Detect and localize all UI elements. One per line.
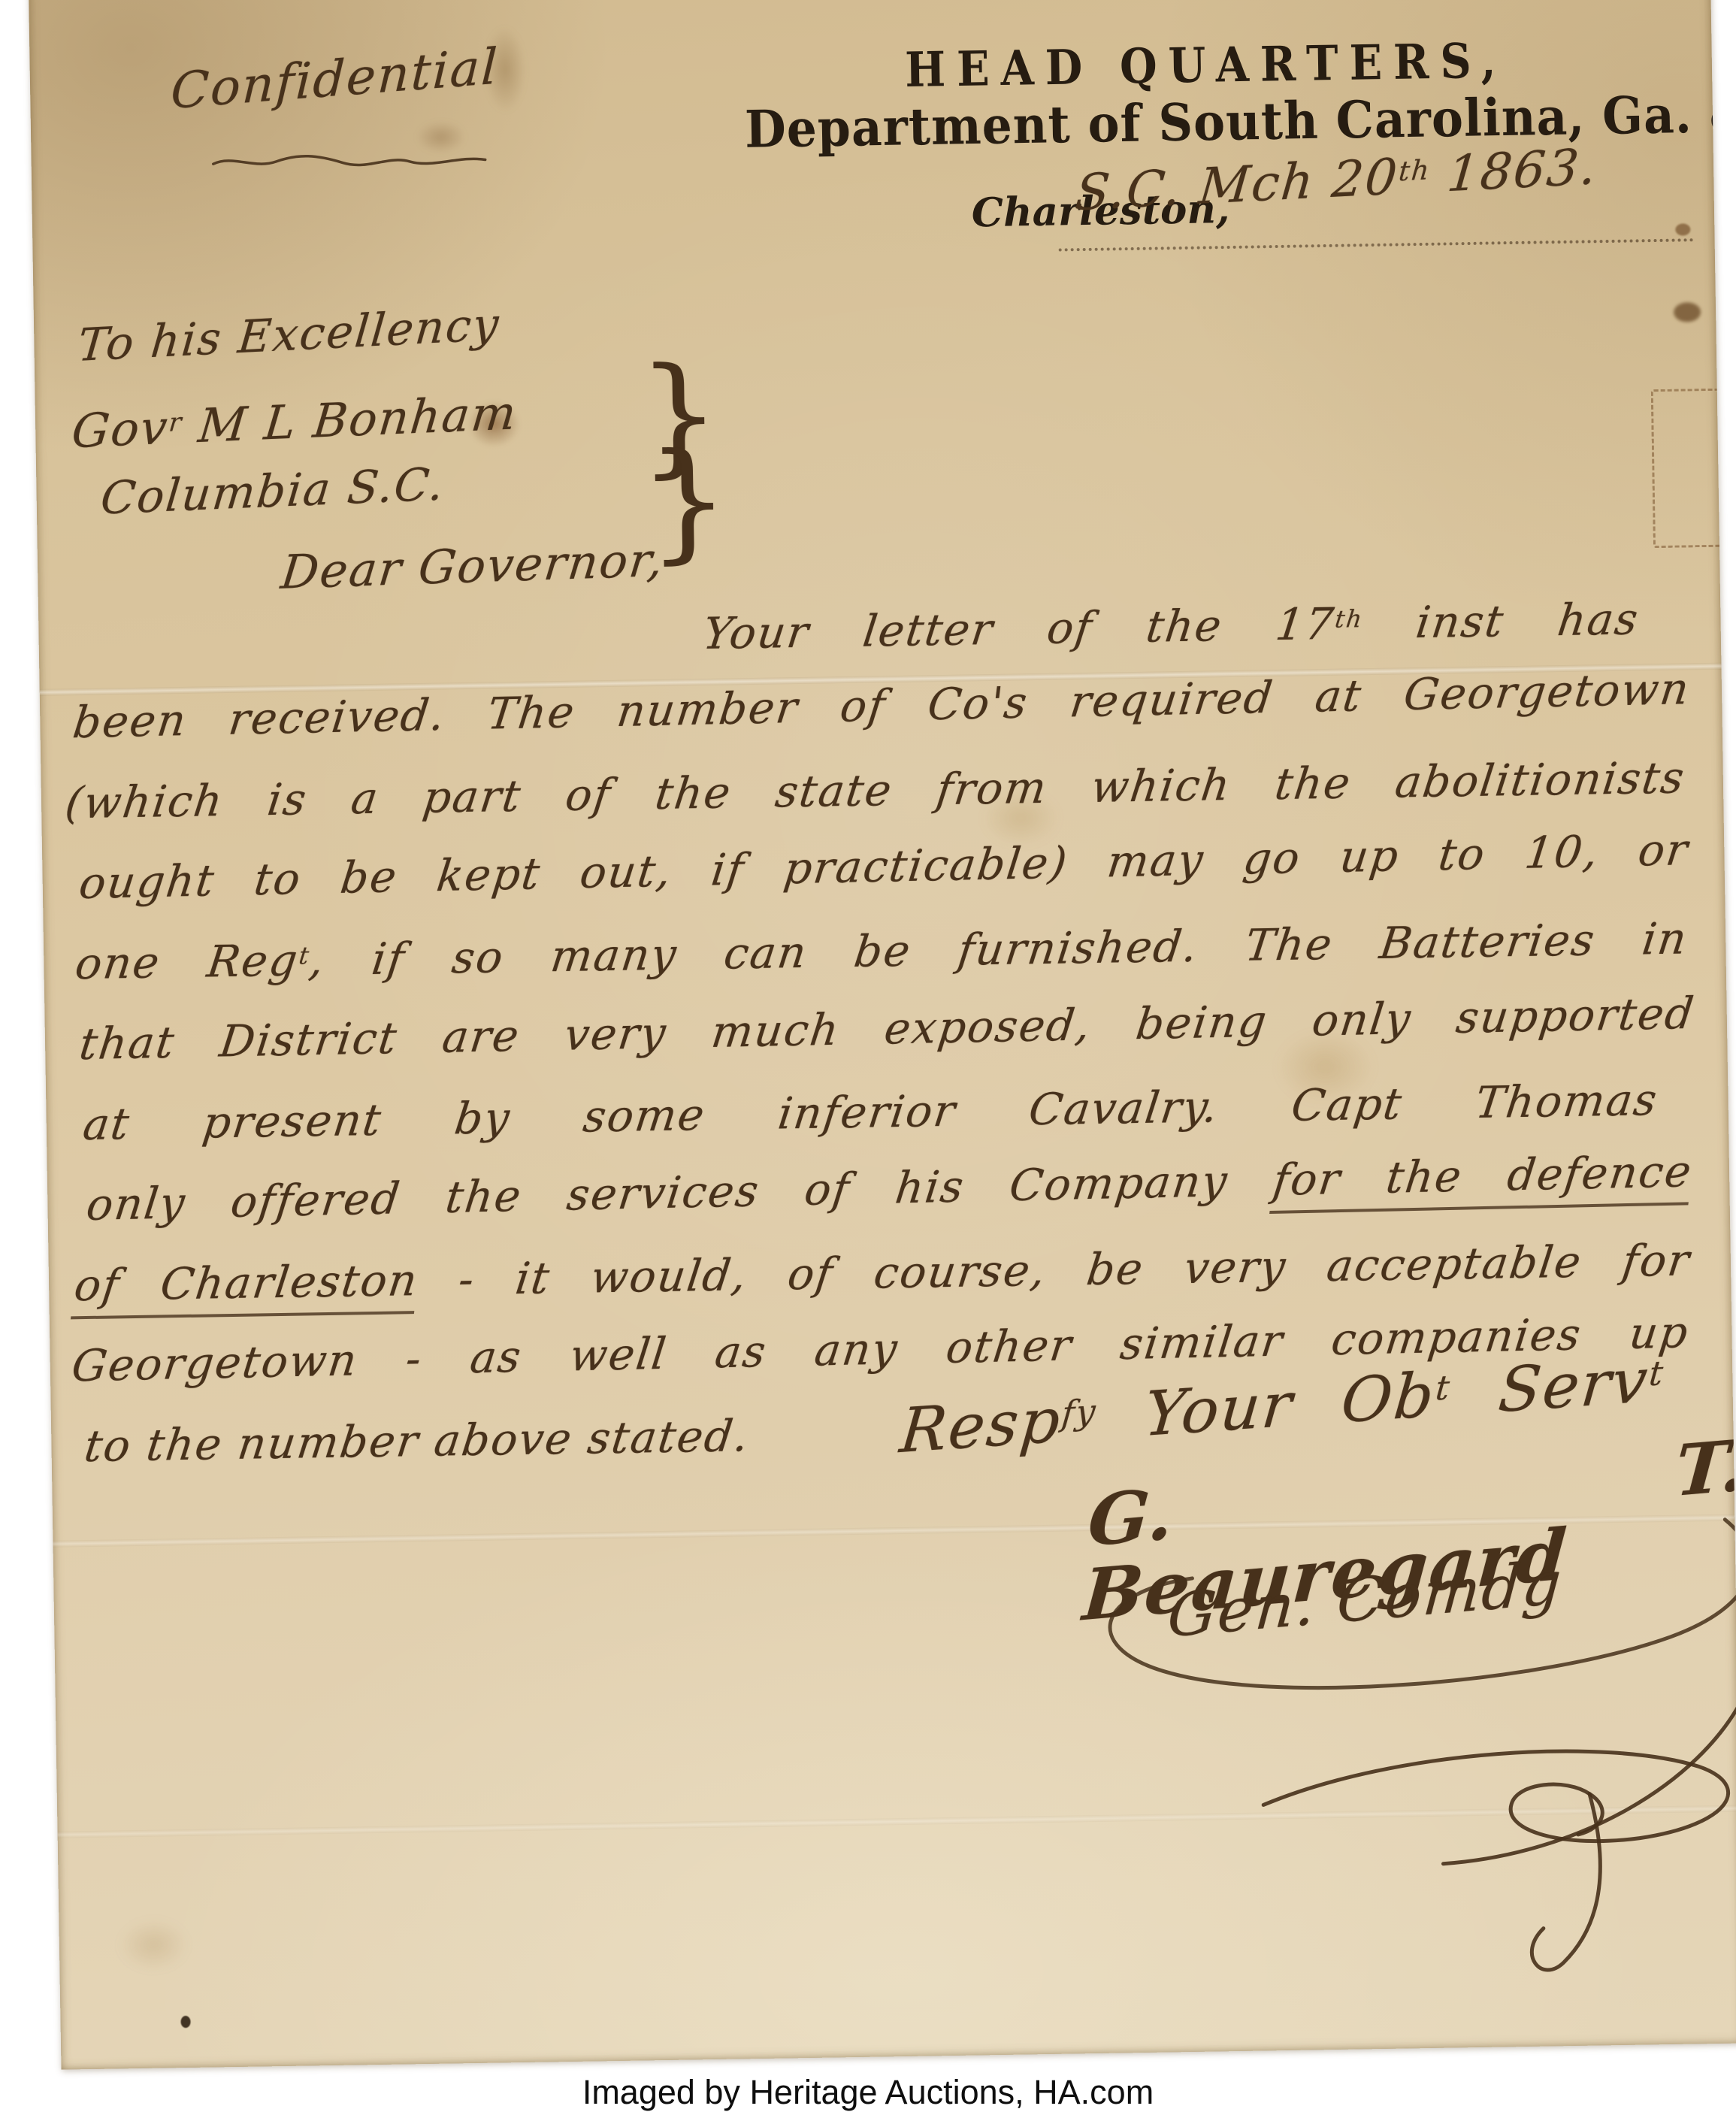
signature-paraph	[1217, 1677, 1736, 2009]
body-line-9: of Charleston - it would, of course, be …	[72, 1237, 1693, 1309]
address-line-1: To his Excellency	[76, 301, 502, 370]
letter-document: Confidential HEAD QUARTERS, Department o…	[29, 0, 1736, 2070]
body-line-11: to the number above stated.	[82, 1413, 752, 1469]
body-line-6: that District are very much exposed, bei…	[77, 991, 1698, 1067]
body-line-2: been received. The number of Co's requir…	[71, 666, 1692, 746]
paper-hole	[180, 2016, 190, 2028]
body-line-5: one Regt, if so many can be furnished. T…	[73, 915, 1690, 987]
ink-stain	[405, 113, 477, 161]
paper-stain	[102, 1907, 205, 1983]
body-line-3: (which is a part of the state from which…	[63, 755, 1688, 826]
confidential-annotation: Confidential	[170, 41, 500, 118]
footer-caption: Imaged by Heritage Auctions, HA.com	[0, 2073, 1736, 2112]
bleed-through-marks	[1651, 386, 1736, 548]
body-line-7: at present by some inferior Cavalry. Cap…	[80, 1077, 1660, 1148]
address-line-2: Govr M L Bonham	[70, 388, 520, 455]
date-fill-line	[1058, 195, 1694, 251]
scan-background: { "colors":{"paper":"#dcc8a1","ink":"#47…	[0, 0, 1736, 2118]
body-line-8: only offered the services of his Company…	[84, 1148, 1695, 1228]
body-line-1: Your letter of the 17th inst has	[700, 596, 1641, 657]
salutation: Dear Governor,	[279, 535, 667, 597]
confidential-underline	[210, 147, 489, 174]
paper-crease	[58, 1805, 1736, 1838]
body-line-4: ought to be kept out, if practicable) ma…	[77, 827, 1691, 906]
paper-fleck	[1674, 302, 1701, 322]
address-line-3: Columbia S.C.	[98, 461, 447, 522]
